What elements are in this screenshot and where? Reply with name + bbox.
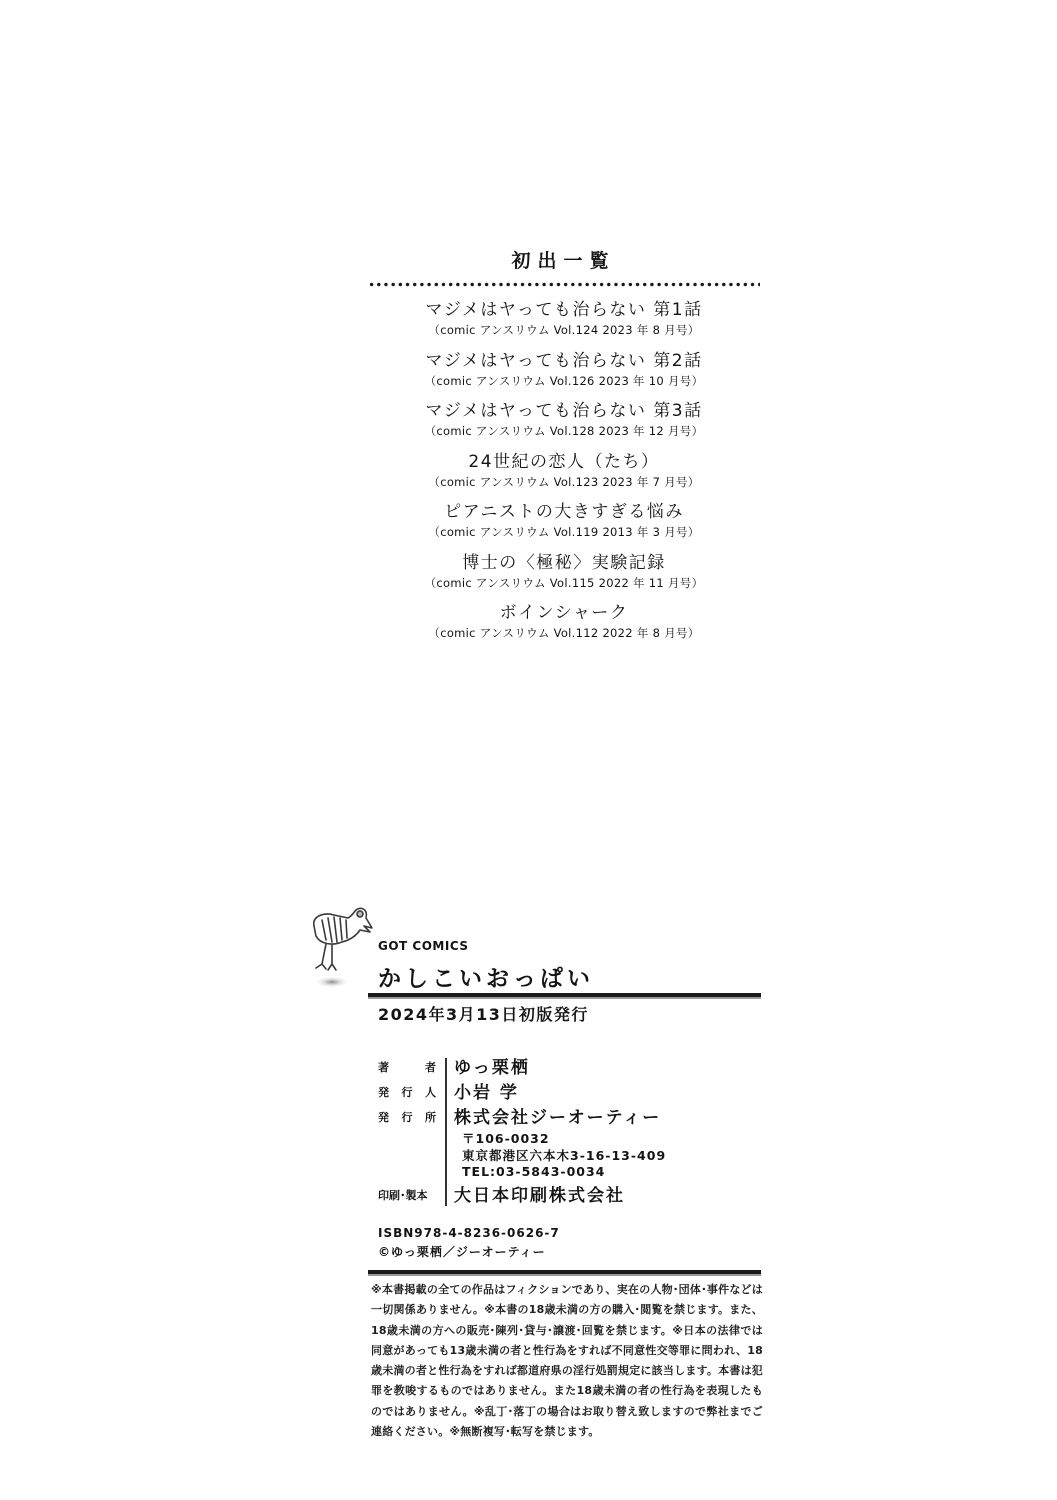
list-item: 博士の〈極秘〉実験記録 （comic アンスリウム Vol.115 2022 年… bbox=[368, 551, 760, 602]
credits-block: 著 者 ゆっ栗栖 発 行 人 小岩 学 発 行 所 株式会社ジーオーティー 〒1… bbox=[378, 1057, 666, 1209]
printer-label: 印刷･製本 bbox=[378, 1183, 436, 1209]
title-divider bbox=[368, 993, 761, 999]
publisher-person-name: 小岩 学 bbox=[436, 1082, 519, 1107]
author-name: ゆっ栗栖 bbox=[436, 1057, 530, 1082]
credit-row-printer: 印刷･製本 大日本印刷株式会社 bbox=[378, 1183, 666, 1209]
isbn: ISBN978-4-8236-0626-7 bbox=[378, 1226, 560, 1240]
telephone: TEL:03-5843-0034 bbox=[378, 1164, 666, 1181]
story-title: マジメはヤっても治らない 第2話 bbox=[368, 349, 760, 373]
notice-divider bbox=[368, 1270, 761, 1276]
publication-date: 2024年3月13日初版発行 bbox=[378, 1002, 589, 1025]
list-item: ボインシャーク （comic アンスリウム Vol.112 2022 年 8 月… bbox=[368, 601, 760, 652]
credit-row-publisher: 発 行 所 株式会社ジーオーティー bbox=[378, 1107, 666, 1131]
printer-name: 大日本印刷株式会社 bbox=[436, 1183, 625, 1209]
dotted-divider bbox=[368, 282, 760, 287]
series-label: GOT COMICS bbox=[378, 939, 469, 953]
credit-row-author: 著 者 ゆっ栗栖 bbox=[378, 1057, 666, 1082]
story-title: マジメはヤっても治らない 第3話 bbox=[368, 399, 760, 423]
credit-row-publisher-person: 発 行 人 小岩 学 bbox=[378, 1082, 666, 1107]
list-item: マジメはヤっても治らない 第1話 （comic アンスリウム Vol.124 2… bbox=[368, 298, 760, 349]
copyright: ©ゆっ栗栖／ジーオーティー bbox=[378, 1243, 546, 1260]
legal-notice: ※本書掲載の全ての作品はフィクションであり、実在の人物･団体･事件などは一切関係… bbox=[371, 1280, 763, 1442]
address: 東京都港区六本木3-16-13-409 bbox=[378, 1148, 666, 1165]
list-item: マジメはヤっても治らない 第3話 （comic アンスリウム Vol.128 2… bbox=[368, 399, 760, 450]
story-source: （comic アンスリウム Vol.115 2022 年 11 月号） bbox=[368, 575, 760, 591]
story-title: 博士の〈極秘〉実験記録 bbox=[368, 551, 760, 575]
story-title: マジメはヤっても治らない 第1話 bbox=[368, 298, 760, 322]
story-source: （comic アンスリウム Vol.119 2013 年 3 月号） bbox=[368, 524, 760, 540]
story-title: 24世紀の恋人（たち） bbox=[368, 450, 760, 474]
publisher-label: 発 行 所 bbox=[378, 1107, 436, 1131]
postal-code: 〒106-0032 bbox=[378, 1131, 666, 1148]
author-label: 著 者 bbox=[378, 1057, 436, 1082]
list-item: ピアニストの大きすぎる悩み （comic アンスリウム Vol.119 2013… bbox=[368, 500, 760, 551]
first-appearance-heading: 初出一覧 bbox=[0, 246, 1057, 273]
first-appearance-list: マジメはヤっても治らない 第1話 （comic アンスリウム Vol.124 2… bbox=[368, 298, 760, 652]
publisher-name: 株式会社ジーオーティー bbox=[436, 1107, 661, 1131]
book-title: かしこいおっぱい bbox=[378, 960, 594, 993]
bird-logo-icon bbox=[304, 902, 376, 990]
publisher-person-label: 発 行 人 bbox=[378, 1082, 436, 1107]
story-source: （comic アンスリウム Vol.126 2023 年 10 月号） bbox=[368, 373, 760, 389]
story-source: （comic アンスリウム Vol.112 2022 年 8 月号） bbox=[368, 625, 760, 641]
list-item: マジメはヤっても治らない 第2話 （comic アンスリウム Vol.126 2… bbox=[368, 349, 760, 400]
story-title: ピアニストの大きすぎる悩み bbox=[368, 500, 760, 524]
story-source: （comic アンスリウム Vol.123 2023 年 7 月号） bbox=[368, 474, 760, 490]
story-source: （comic アンスリウム Vol.124 2023 年 8 月号） bbox=[368, 322, 760, 338]
list-item: 24世紀の恋人（たち） （comic アンスリウム Vol.123 2023 年… bbox=[368, 450, 760, 501]
story-source: （comic アンスリウム Vol.128 2023 年 12 月号） bbox=[368, 423, 760, 439]
story-title: ボインシャーク bbox=[368, 601, 760, 625]
